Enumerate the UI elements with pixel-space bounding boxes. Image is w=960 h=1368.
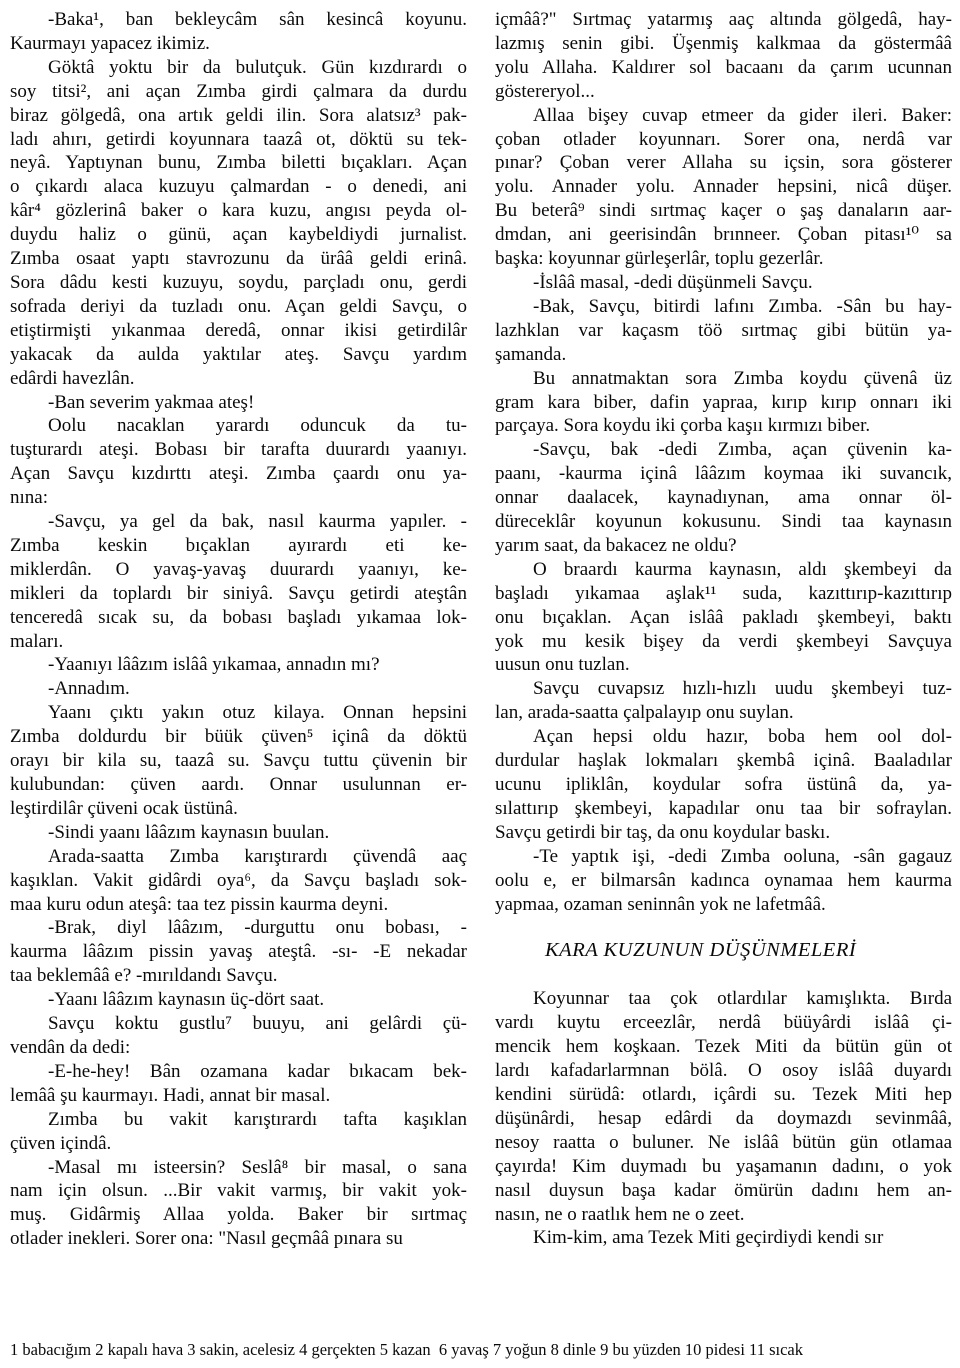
text-line: lan, arada-saatta çalpalayıp onu suylan. [495,701,952,725]
text-line: Zımba keskin bıçaklan ayırardı eti ke- [10,534,467,558]
paragraph: Açan hepsi oldu hazır, boba hem ool dol-… [495,725,952,845]
text-line: çayırda! Kim duymadı bu yaşamanın dadını… [495,1155,952,1179]
text-line: maları. [10,630,467,654]
text-line: orayı bir kila su, taazâ su. Savçu tuttu… [10,749,467,773]
paragraph: -Savçu, bak -dedi Zımba, açan çüvenin ka… [495,438,952,558]
text-line: Savçu getirdi bir taş, da onu koydular b… [495,821,952,845]
paragraph: -E-he-hey! Bân ozamana kadar bıkacam bek… [10,1060,467,1108]
text-line: miklerdân. O yavaş-yavaş duurardı yaanıy… [10,558,467,582]
text-line: düşünârdi, hesap edârdi da doymazdı sevi… [495,1107,952,1131]
paragraph: -Bak, Savçu, bitirdi lafını Zımba. -Sân … [495,295,952,367]
text-line: tuşturardı ateşi. Bobası bir tarafta duu… [10,438,467,462]
text-line: etiştirmişti yıkanmaa deredâ, onnar ikis… [10,319,467,343]
paragraph: -Sindi yaanı lââzım kaynasın buulan. [10,821,467,845]
paragraph: -Yaanı lââzım kaynasın üç-dört saat. [10,988,467,1012]
text-line: pınar? Çoban verer Allaha su içsin, sora… [495,151,952,175]
text-line: taa beklemââ e? -mırıldandı Savçu. [10,964,467,988]
text-line: -Savçu, ya gel da bak, nasıl kaurma yapı… [10,510,467,534]
text-line: düreceklâr koyunun kokusunu. Sindi taa k… [495,510,952,534]
text-line: Kaurmayı yapacez ikimiz. [10,32,467,56]
paragraph: O braardı kaurma kaynasın, aldı şkembeyi… [495,558,952,678]
text-line: lardı kafadarlarmnan bölâ. O osoy islââ … [495,1059,952,1083]
text-line: dmdan, ani geerisindân brınneer. Çoban p… [495,223,952,247]
text-line: Oolu nacaklan yarardı oduncuk da tu- [10,414,467,438]
paragraph: Bu annatmaktan sora Zımba koydu çüvenâ ü… [495,367,952,439]
text-line: biraz gölgedâ, ona artık geldi ilin. Sor… [10,104,467,128]
text-line: uusun onu tuzlan. [495,653,952,677]
text-line: gram kara biber, dafin yapraa, kırıp kır… [495,391,952,415]
paragraph: -Brak, diyl lââzım, -durguttu onu bobası… [10,916,467,988]
text-line: kaurma lââzım pissin yavaş ateştâ. -sı- … [10,940,467,964]
text-line: O braardı kaurma kaynasın, aldı şkembeyi… [495,558,952,582]
text-line: Bu beterâ⁹ sindi sırtmaç kaçer o şaş dan… [495,199,952,223]
paragraph: -Yaanıyı lââzım islââ yıkamaa, annadın m… [10,653,467,677]
text-line: -Yaanıyı lââzım islââ yıkamaa, annadın m… [10,653,467,677]
text-line: yolu. Annader yolu. Annader hepsini, nic… [495,175,952,199]
text-line: mikleri da toplardı bir siniyâ. Savçu ge… [10,582,467,606]
text-line: başladı yıkamaa aşlak¹¹ suda, kazıttırıp… [495,582,952,606]
text-line: -Sindi yaanı lââzım kaynasın buulan. [10,821,467,845]
right-column: içmââ?" Sırtmaç yatarmış aaç altında göl… [495,8,952,1251]
text-line: nasın, ne o raatlık hem ne o zeet. [495,1203,952,1227]
text-line: Göktâ yoktu bir da bulutçuk. Gün kızdıra… [10,56,467,80]
paragraph: Savçu koktu gustlu⁷ buuyu, ani gelârdi ç… [10,1012,467,1060]
text-line: Savçu cuvapsız hızlı-hızlı uudu şkembeyi… [495,677,952,701]
text-line: sofrada deriyi da tuzladı onu. Açan geld… [10,295,467,319]
text-line: ladı ahırı, getirdi koyunnara taazâ ot, … [10,128,467,152]
text-line: çüven içindâ. [10,1132,467,1156]
paragraph: Göktâ yoktu bir da bulutçuk. Gün kızdıra… [10,56,467,391]
text-line: Allaa bişey cuvap etmeer da gider ileri.… [495,104,952,128]
text-line: kendini sürüdâ: otlardı, içârdi su. Teze… [495,1083,952,1107]
text-line: soy titsi², ani açan Zımba girdi çalmara… [10,80,467,104]
paragraph: -Baka¹, ban bekleycâm sân kesincâ koyunu… [10,8,467,56]
paragraph: -Masal mı isteersin? Seslâ⁸ bir masal, o… [10,1156,467,1252]
text-line: Savçu koktu gustlu⁷ buuyu, ani gelârdi ç… [10,1012,467,1036]
text-line: -Savçu, bak -dedi Zımba, açan çüvenin ka… [495,438,952,462]
text-line: sılattırıp şkembeyi, kapadılar onu taa b… [495,797,952,821]
text-line: -E-he-hey! Bân ozamana kadar bıkacam bek… [10,1060,467,1084]
paragraph: Oolu nacaklan yarardı oduncuk da tu-tuşt… [10,414,467,510]
text-line: -Ban severim yakmaa ateş! [10,391,467,415]
text-line: -Annadım. [10,677,467,701]
text-line: -Te yaptık işi, -dedi Zımba ooluna, -sân… [495,845,952,869]
paragraph: içmââ?" Sırtmaç yatarmış aaç altında göl… [495,8,952,104]
text-line: Bu annatmaktan sora Zımba koydu çüvenâ ü… [495,367,952,391]
text-line: Zımba osaat yaptı stavrozunu da ürââ gel… [10,247,467,271]
text-line: yok mu kesik bişey da verdi şkembeyi Sav… [495,630,952,654]
text-line: Kim-kim, ama Tezek Miti geçirdiydi kendi… [495,1226,952,1250]
text-line: yolu Allaha. Kaldırer sol bacaanı da çar… [495,56,952,80]
text-line: Yaanı çıktı yakın otuz kilaya. Onnan hep… [10,701,467,725]
paragraph: -Savçu, ya gel da bak, nasıl kaurma yapı… [10,510,467,653]
text-line: Arada-saatta Zımba karıştırardı çüvendâ … [10,845,467,869]
text-line: lazmış senin gibi. Üşenmiş kalkmaa da gö… [495,32,952,56]
paragraph: -Te yaptık işi, -dedi Zımba ooluna, -sân… [495,845,952,917]
paragraph: -İslââ masal, -dedi düşünmeli Savçu. [495,271,952,295]
text-line: nına: [10,486,467,510]
text-line: onnar daalacek, kaynadıynan, ama onnar ö… [495,486,952,510]
text-line: -Bak, Savçu, bitirdi lafını Zımba. -Sân … [495,295,952,319]
paragraph: -Ban severim yakmaa ateş! [10,391,467,415]
text-columns: -Baka¹, ban bekleycâm sân kesincâ koyunu… [0,0,960,1251]
text-line: -Yaanı lââzım kaynasın üç-dört saat. [10,988,467,1012]
text-line: çoban otlader koyunnarı. Sorer ona, nerd… [495,128,952,152]
text-line: mencik hem koşkaan. Tezek Miti da bütün … [495,1035,952,1059]
text-line: Koyunnar taa çok otlardılar kamışlıkta. … [495,987,952,1011]
text-line: ucunu ipliklân, koydular sofra üstünâ da… [495,773,952,797]
document-page: -Baka¹, ban bekleycâm sân kesincâ koyunu… [0,0,960,1368]
section-heading-text: KARA KUZUNUN DÜŞÜNMELERİ [545,939,952,963]
text-line: göstereryol... [495,80,952,104]
text-line: nam için olsun. ...Bir vakit varmış, bir… [10,1179,467,1203]
text-line: duydu haliz o günü, açan kaybeldiydi jur… [10,223,467,247]
text-line: kâr⁴ gözlerinâ baker o kara kuzu, angısı… [10,199,467,223]
text-line: yapmaa, ozaman seninnân yok ne lafetmââ. [495,893,952,917]
text-line: Zımba doldurdu bir büük çüven⁵ içinâ da … [10,725,467,749]
text-line: edârdi havezlân. [10,367,467,391]
footnotes-line: 1 babacığım 2 kapalı hava 3 sakin, acele… [10,1340,952,1360]
text-line: içmââ?" Sırtmaç yatarmış aaç altında göl… [495,8,952,32]
text-line: -Baka¹, ban bekleycâm sân kesincâ koyunu… [10,8,467,32]
text-line: o çıkardı alaca kuzuyu çalmardan - o den… [10,175,467,199]
text-line: başka: koyunnar gürleşerlâr, toplu gezer… [495,247,952,271]
paragraph: Savçu cuvapsız hızlı-hızlı uudu şkembeyi… [495,677,952,725]
text-line: kaşıklan. Vakit gidârdi oya⁶, da Savçu b… [10,869,467,893]
text-line: yakacak da aulda yaktılar ateş. Savçu ya… [10,343,467,367]
paragraph: Kim-kim, ama Tezek Miti geçirdiydi kendi… [495,1226,952,1250]
text-line: Açan Savçu kızdırttı ateşi. Zımba çaardı… [10,462,467,486]
text-line: lazhklan var kaçasm töö sırtmaç gibi büt… [495,319,952,343]
section-heading: KARA KUZUNUN DÜŞÜNMELERİ [495,939,952,963]
text-line: nasıl duysun başa kadar ömürün dadını he… [495,1179,952,1203]
text-line: kulubundan: çüven aardı. Onnar usulunnan… [10,773,467,797]
text-line: lemââ şu kaurmayı. Hadi, annat bir masal… [10,1084,467,1108]
left-column: -Baka¹, ban bekleycâm sân kesincâ koyunu… [10,8,467,1251]
text-line: şamanda. [495,343,952,367]
text-line: Açan hepsi oldu hazır, boba hem ool dol- [495,725,952,749]
paragraph: Yaanı çıktı yakın otuz kilaya. Onnan hep… [10,701,467,821]
text-line: durdular haşlak lokmaları şkembâ içinâ. … [495,749,952,773]
paragraph: Zımba bu vakit karıştırardı tafta kaşıkl… [10,1108,467,1156]
text-line: tenceredâ sıcak su, da bobası başladı yı… [10,606,467,630]
text-line: -Masal mı isteersin? Seslâ⁸ bir masal, o… [10,1156,467,1180]
text-line: maa kuru odun ateşâ: taa tez pissin kaur… [10,893,467,917]
paragraph: Allaa bişey cuvap etmeer da gider ileri.… [495,104,952,271]
text-line: vardı kuytu erceezlâr, nerdâ büüyârdi is… [495,1011,952,1035]
text-line: nesoy raatta o buluner. Ne islââ bütün g… [495,1131,952,1155]
text-line: paanı, -kaurma içinâ lââzım koymaa iki s… [495,462,952,486]
text-line: leştirdilâr çüveni ocak üstünâ. [10,797,467,821]
text-line: Zımba bu vakit karıştırardı tafta kaşıkl… [10,1108,467,1132]
text-line: Sora dâdu kesti kuzuyu, soydu, parçladı … [10,271,467,295]
text-line: parçaya. Sora koydu iki çorba kaşıı kırm… [495,414,952,438]
text-line: -Brak, diyl lââzım, -durguttu onu bobası… [10,916,467,940]
text-line: onu bıçaklan. Açan islââ pakladı şkembey… [495,606,952,630]
text-line: vendân da dedi: [10,1036,467,1060]
text-line: neyâ. Yaptıynan bunu, Zımba biletti bıça… [10,151,467,175]
paragraph: -Annadım. [10,677,467,701]
paragraph: Koyunnar taa çok otlardılar kamışlıkta. … [495,987,952,1226]
text-line: otlader inekleri. Sorer ona: "Nasıl geçm… [10,1227,467,1251]
text-line: yarım saat, da bakacez ne oldu? [495,534,952,558]
text-line: -İslââ masal, -dedi düşünmeli Savçu. [495,271,952,295]
paragraph: Arada-saatta Zımba karıştırardı çüvendâ … [10,845,467,917]
text-line: oolu e, er bilmarsân kadınca oynamaa hem… [495,869,952,893]
text-line: muş. Gidârmiş Allaa yolda. Baker bir sır… [10,1203,467,1227]
